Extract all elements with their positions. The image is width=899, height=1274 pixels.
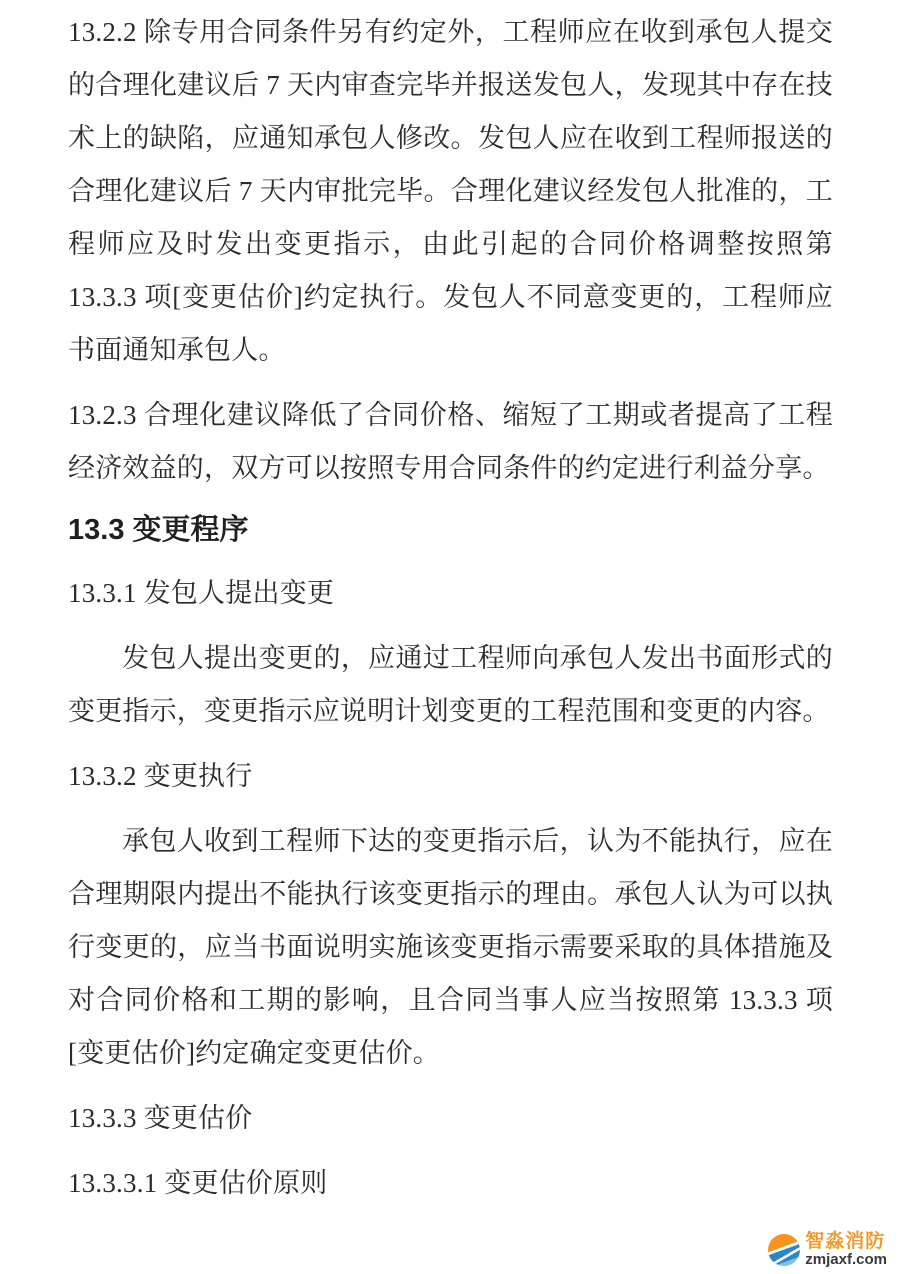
subheading-13-3-1: 13.3.1 发包人提出变更 bbox=[68, 567, 833, 620]
watermark-text: 智淼消防 zmjaxf.com bbox=[805, 1232, 887, 1268]
subheading-13-3-2: 13.3.2 变更执行 bbox=[68, 750, 833, 803]
watermark-site-url: zmjaxf.com bbox=[805, 1252, 887, 1268]
watermark-brand-name: 智淼消防 bbox=[805, 1232, 887, 1252]
document-page: 13.2.2 除专用合同条件另有约定外，工程师应在收到承包人提交的合理化建议后 … bbox=[0, 0, 899, 1274]
clause-13-2-3: 13.2.3 合理化建议降低了合同价格、缩短了工期或者提高了工程经济效益的，双方… bbox=[68, 389, 833, 495]
subheading-13-3-3-1: 13.3.3.1 变更估价原则 bbox=[68, 1157, 833, 1210]
clause-13-2-2: 13.2.2 除专用合同条件另有约定外，工程师应在收到承包人提交的合理化建议后 … bbox=[68, 6, 833, 377]
section-heading-13-3: 13.3 变更程序 bbox=[68, 507, 833, 553]
subheading-13-3-3: 13.3.3 变更估价 bbox=[68, 1092, 833, 1145]
zhimiao-fire-logo-icon bbox=[768, 1234, 800, 1266]
clause-13-3-1-body: 发包人提出变更的，应通过工程师向承包人发出书面形式的变更指示，变更指示应说明计划… bbox=[68, 632, 833, 738]
watermark: 智淼消防 zmjaxf.com bbox=[768, 1232, 887, 1268]
clause-13-3-2-body: 承包人收到工程师下达的变更指示后，认为不能执行，应在合理期限内提出不能执行该变更… bbox=[68, 815, 833, 1080]
